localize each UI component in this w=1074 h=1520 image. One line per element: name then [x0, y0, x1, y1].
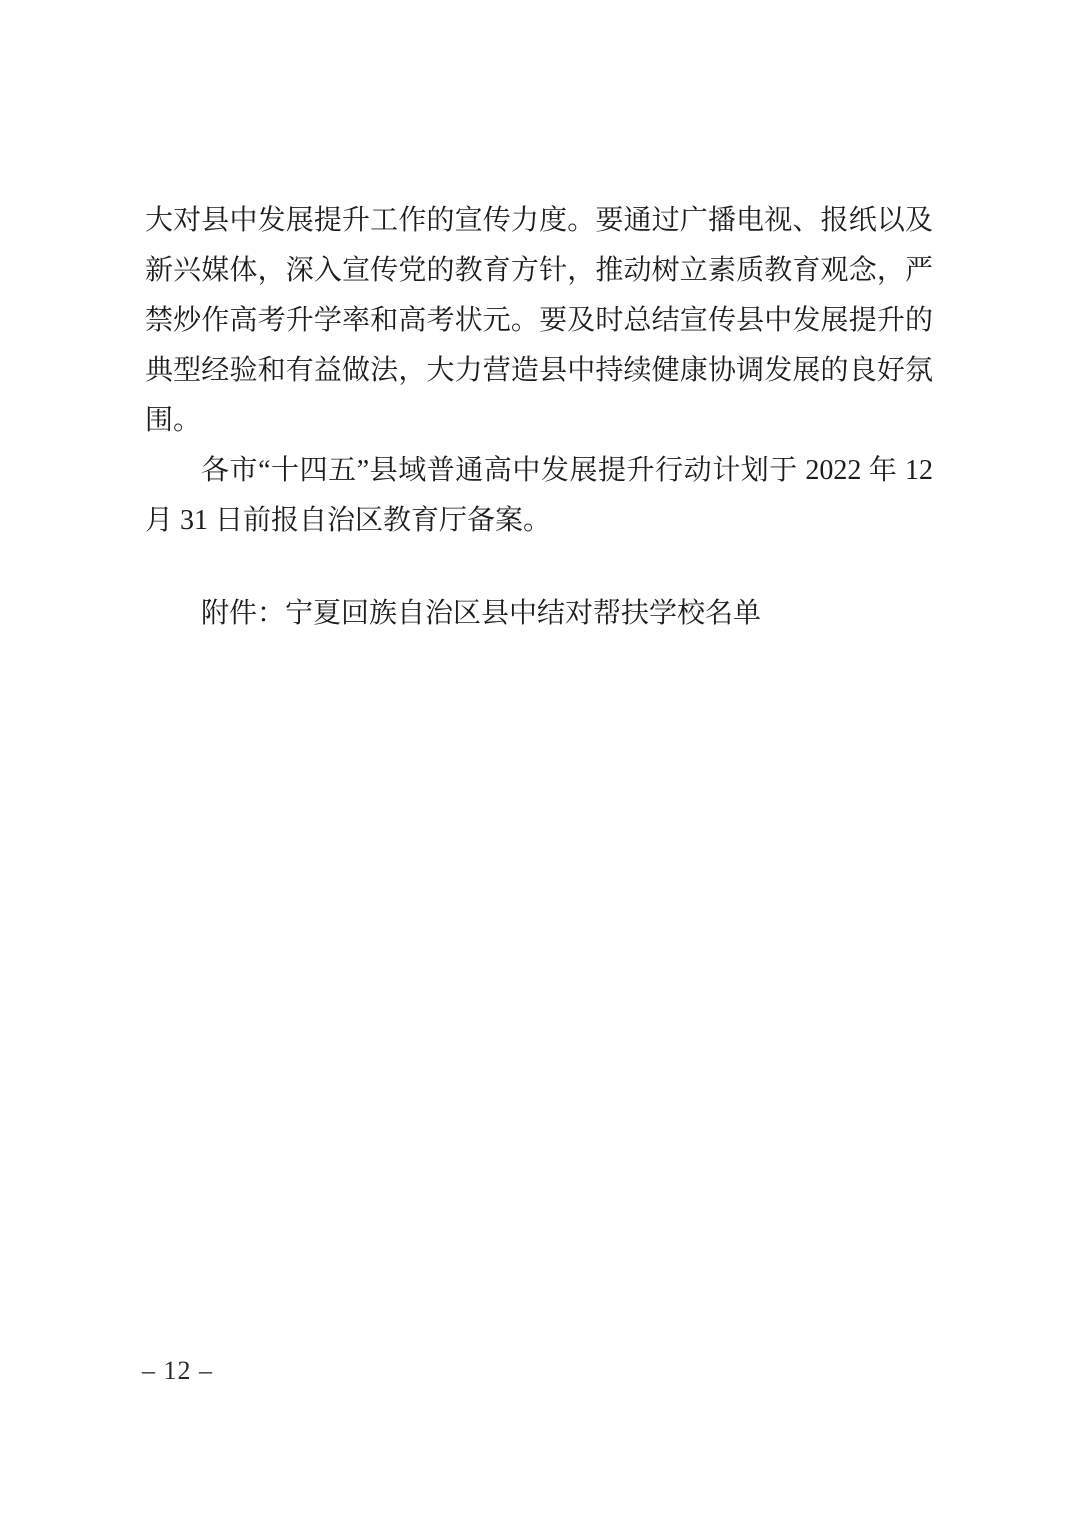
attachment-label: 附件： [201, 598, 285, 629]
document-page: 大对县中发展提升工作的宣传力度。要通过广播电视、报纸以及新兴媒体，深入宣传党的教… [0, 0, 1074, 1520]
attachment-line: 附件：宁夏回族自治区县中结对帮扶学校名单 [145, 589, 933, 639]
document-body: 大对县中发展提升工作的宣传力度。要通过广播电视、报纸以及新兴媒体，深入宣传党的教… [145, 196, 933, 639]
body-paragraph-filing-deadline: 各市“十四五”县域普通高中发展提升行动计划于 2022 年 12 月 31 日前… [145, 446, 933, 546]
body-paragraph-continuation: 大对县中发展提升工作的宣传力度。要通过广播电视、报纸以及新兴媒体，深入宣传党的教… [145, 196, 933, 446]
page-number: – 12 – [142, 1356, 213, 1386]
attachment-title: 宁夏回族自治区县中结对帮扶学校名单 [285, 598, 761, 629]
